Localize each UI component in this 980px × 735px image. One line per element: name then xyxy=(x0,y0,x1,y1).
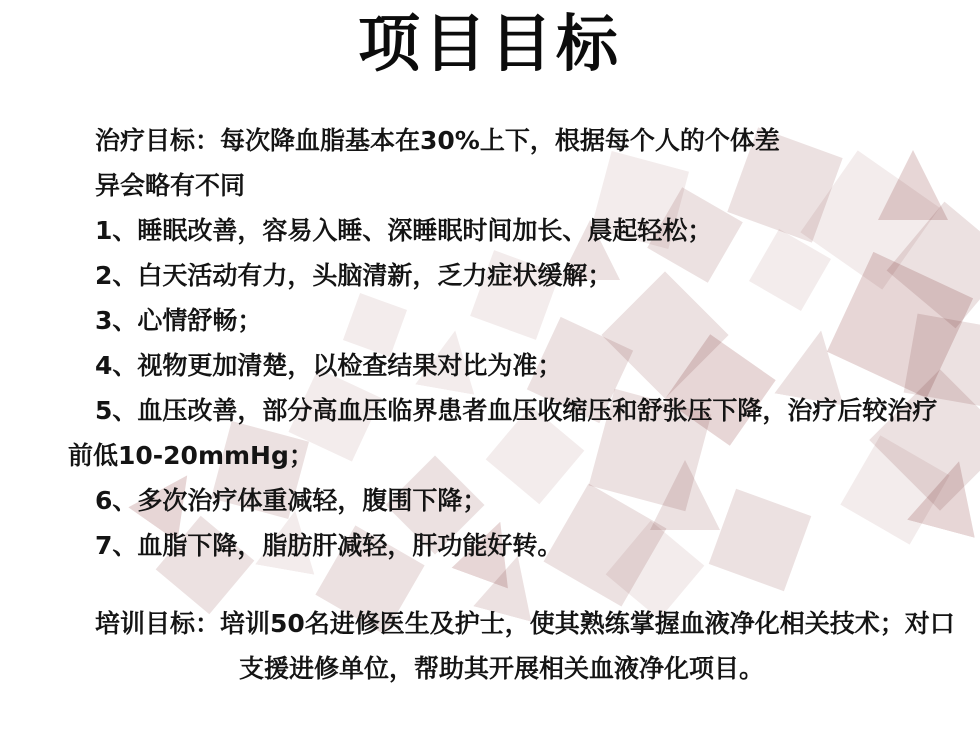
slide-body: 治疗目标：每次降血脂基本在30%上下，根据每个人的个体差 异会略有不同 1、睡眠… xyxy=(68,118,935,691)
training-goal: 培训目标：培训50名进修医生及护士，使其熟练掌握血液净化相关技术；对口 支援进修… xyxy=(68,601,935,691)
treatment-goal-line-2: 异会略有不同 xyxy=(68,163,935,208)
slide-title: 项目目标 xyxy=(0,8,980,79)
treatment-item-5-cont: 前低10-20mmHg； xyxy=(68,433,935,478)
treatment-goal-line-1: 治疗目标：每次降血脂基本在30%上下，根据每个人的个体差 xyxy=(68,118,935,163)
treatment-item-2: 2、白天活动有力，头脑清新，乏力症状缓解； xyxy=(68,253,935,298)
training-goal-line-1: 培训目标：培训50名进修医生及护士，使其熟练掌握血液净化相关技术；对口 xyxy=(68,601,935,646)
treatment-item-3: 3、心情舒畅； xyxy=(68,298,935,343)
treatment-item-7: 7、血脂下降，脂肪肝减轻，肝功能好转。 xyxy=(68,523,935,568)
slide: 项目目标 治疗目标：每次降血脂基本在30%上下，根据每个人的个体差 异会略有不同… xyxy=(0,0,980,735)
treatment-item-1: 1、睡眠改善，容易入睡、深睡眠时间加长、晨起轻松； xyxy=(68,208,935,253)
treatment-item-6: 6、多次治疗体重减轻，腹围下降； xyxy=(68,478,935,523)
training-goal-line-2: 支援进修单位，帮助其开展相关血液净化项目。 xyxy=(68,646,935,691)
treatment-item-4: 4、视物更加清楚，以检查结果对比为准； xyxy=(68,343,935,388)
treatment-item-5: 5、血压改善，部分高血压临界患者血压收缩压和舒张压下降，治疗后较治疗 xyxy=(68,388,935,433)
